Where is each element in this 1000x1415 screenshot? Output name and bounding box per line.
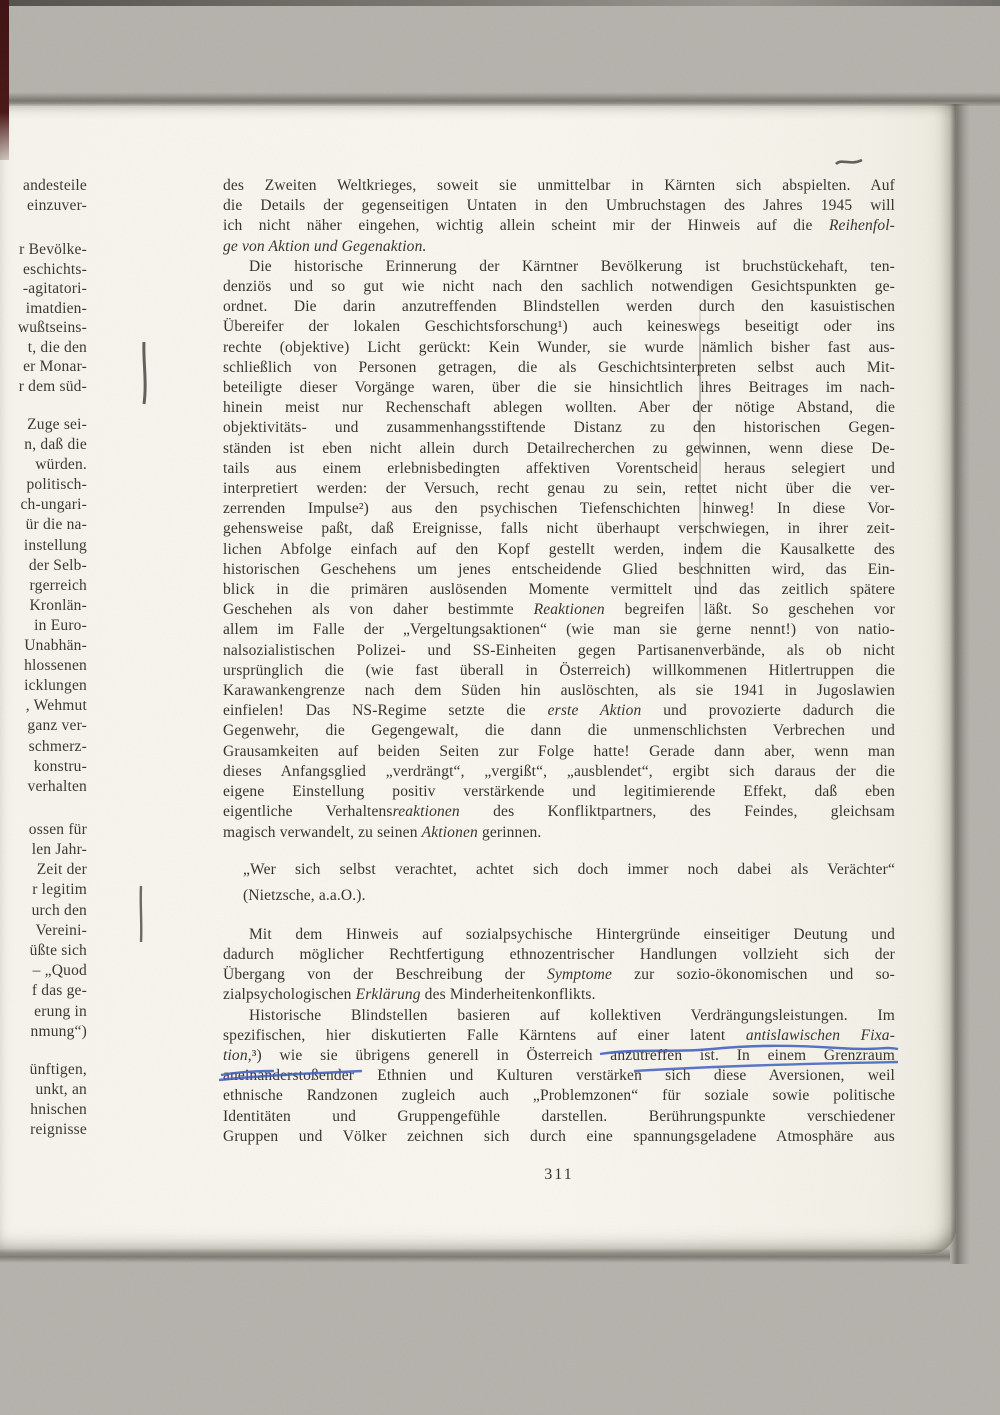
text-line: lichen Abfolge einfach auf den Kopf gest… — [223, 540, 895, 560]
text-line: zialpsychologischen Erklärung des Minder… — [223, 985, 895, 1005]
margin-text-line: erung in — [0, 1002, 87, 1022]
text-line: Geschehen als von daher bestimmte Reakti… — [223, 600, 895, 620]
paragraph: des Zweiten Weltkrieges, soweit sie unmi… — [223, 176, 895, 257]
page-top-edge-shadow — [0, 92, 1000, 106]
spine-red-strip — [0, 0, 9, 160]
margin-text-line: urch den — [0, 901, 87, 921]
text-line: dadurch möglicher Rechtfertigung ethnoze… — [223, 945, 895, 965]
text-line: einfielen! Das NS-Regime setzte die erst… — [223, 701, 895, 721]
text-line: Karawankengrenze nach dem Süden hin ausl… — [223, 681, 895, 701]
margin-text-line: in Euro- — [0, 616, 87, 636]
margin-text-line: r dem süd- — [0, 377, 87, 397]
text-line: tails aus einem erlebnisbedingten affekt… — [223, 459, 895, 479]
margin-text-line: , Wehmut — [0, 696, 87, 716]
margin-text-line: r Bevölke- — [0, 240, 87, 260]
margin-text-line: eschichts- — [0, 260, 87, 280]
text-line: historischen Geschehens um jenes entsche… — [223, 560, 895, 580]
margin-text-line: ch-ungari- — [0, 495, 87, 515]
margin-text-line: ossen für — [0, 820, 87, 840]
margin-text-line: wußtseins- — [0, 318, 87, 338]
margin-text-line: icklungen — [0, 676, 87, 696]
margin-text-group: andesteileeinzuver- — [0, 176, 87, 215]
paragraph: Die historische Erinnerung der Kärntner … — [223, 257, 895, 843]
paragraph: Mit dem Hinweis auf sozialpsychische Hin… — [223, 925, 895, 1006]
main-text-block: des Zweiten Weltkrieges, soweit sie unmi… — [223, 176, 895, 1147]
margin-text-line: schmerz- — [0, 737, 87, 757]
block-quote: „Wer sich selbst verachtet, achtet sich … — [223, 857, 895, 909]
margin-text-line: n, daß die — [0, 435, 87, 455]
text-line: tion,³) wie sie übrigens generell in Öst… — [223, 1046, 895, 1066]
text-line: schließlich von Personen getragen, die a… — [223, 358, 895, 378]
margin-text-line: konstru- — [0, 757, 87, 777]
margin-text-line: würden. — [0, 455, 87, 475]
text-line: ge von Aktion und Gegenaktion. — [223, 237, 895, 257]
margin-text-line: len Jahr- — [0, 840, 87, 860]
text-line: Mit dem Hinweis auf sozialpsychische Hin… — [223, 925, 895, 945]
margin-text-line: rgerreich — [0, 576, 87, 596]
margin-text-line: imatdien- — [0, 299, 87, 319]
margin-text-line: hnischen — [0, 1100, 87, 1120]
text-line: (Nietzsche, a.a.O.). — [243, 883, 895, 909]
margin-text-line: Kronlän- — [0, 596, 87, 616]
margin-text-line: ür die na- — [0, 515, 87, 535]
margin-text-line: hlossenen — [0, 656, 87, 676]
margin-column: andesteileeinzuver-r Bevölke-eschichts--… — [0, 176, 87, 1140]
text-line: ständen ist eben nicht allein durch Deta… — [223, 439, 895, 459]
text-line: gehensweise paßt, daß Ereignisse, falls … — [223, 519, 895, 539]
margin-text-line: üßte sich — [0, 941, 87, 961]
margin-text-line: reignisse — [0, 1120, 87, 1140]
paragraph: Historische Blindstellen basieren auf ko… — [223, 1006, 895, 1147]
text-line: Historische Blindstellen basieren auf ko… — [223, 1006, 895, 1026]
margin-text-line: – „Quod — [0, 961, 87, 981]
scan-top-edge — [0, 0, 1000, 6]
text-line: beteiligte dieser Vorgänge waren, über d… — [223, 378, 895, 398]
text-line: des Zweiten Weltkrieges, soweit sie unmi… — [223, 176, 895, 196]
margin-text-line: einzuver- — [0, 196, 87, 216]
text-line: hinein meist nur Rechenschaft ablegen wo… — [223, 398, 895, 418]
text-line: nalsozialistischen Polizei- und SS-Einhe… — [223, 641, 895, 661]
margin-text-line: ganz ver- — [0, 716, 87, 736]
text-line: aneinanderstoßender Ethnien und Kulturen… — [223, 1066, 895, 1086]
text-line: Gegenwehr, die Gegengewalt, die dann die… — [223, 721, 895, 741]
text-line: objektivitäts- und zusammenhangsstiftend… — [223, 418, 895, 438]
text-line: Grausamkeiten auf beiden Seiten zur Folg… — [223, 742, 895, 762]
text-line: eigene Einstellung positiv verstärkende … — [223, 782, 895, 802]
text-line: die Details der gegenseitigen Untaten in… — [223, 196, 895, 216]
margin-text-line: er Monar- — [0, 357, 87, 377]
margin-text-group: ünftigen,unkt, anhnischenreignisse — [0, 1060, 87, 1140]
margin-text-line: politisch- — [0, 475, 87, 495]
margin-text-line: f das ge- — [0, 981, 87, 1001]
text-line: Die historische Erinnerung der Kärntner … — [223, 257, 895, 277]
text-line: Übergang von der Beschreibung der Sympto… — [223, 965, 895, 985]
margin-text-line: unkt, an — [0, 1080, 87, 1100]
margin-text-line: -agitatori- — [0, 279, 87, 299]
margin-text-line: der Selb- — [0, 556, 87, 576]
margin-text-line: instellung — [0, 536, 87, 556]
text-line: interpretiert werden: der Versuch, recht… — [223, 479, 895, 499]
page-right-edge-shadow — [950, 104, 970, 1264]
text-line: ich nicht näher eingehen, wichtig allein… — [223, 216, 895, 236]
text-line: Übereifer der lokalen Geschichtsforschun… — [223, 317, 895, 337]
margin-text-group: Zuge sei-n, daß diewürden.politisch-ch-u… — [0, 415, 87, 797]
text-line: Identitäten und Gruppengefühle darstelle… — [223, 1107, 895, 1127]
text-line: ursprünglich die (wie fast überall in Ös… — [223, 661, 895, 681]
margin-text-line: andesteile — [0, 176, 87, 196]
text-line: Gruppen und Völker zeichnen sich durch e… — [223, 1127, 895, 1147]
scanned-book-page: { "page": { "number": "311", "paper_colo… — [0, 0, 1000, 1415]
text-line: eigentliche Verhaltensreaktionen des Kon… — [223, 802, 895, 822]
text-line: magisch verwandelt, zu seinen Aktionen g… — [223, 823, 895, 843]
margin-text-line: Zuge sei- — [0, 415, 87, 435]
margin-text-group: r Bevölke-eschichts--agitatori-imatdien-… — [0, 240, 87, 396]
margin-text-line: verhalten — [0, 777, 87, 797]
page-number: 311 — [223, 1166, 895, 1184]
text-line: blick in die primären auslösenden Moment… — [223, 580, 895, 600]
margin-text-line: ünftigen, — [0, 1060, 87, 1080]
text-line: dieses Anfangsglied „verdrängt“, „vergiß… — [223, 762, 895, 782]
page-bottom-edge-shadow — [0, 1249, 950, 1263]
margin-text-line: Unabhän- — [0, 636, 87, 656]
text-line: allem im Falle der „Vergeltungsaktionen“… — [223, 620, 895, 640]
text-line: „Wer sich selbst verachtet, achtet sich … — [243, 857, 895, 883]
margin-text-line: nmung“) — [0, 1022, 87, 1042]
margin-text-line: t, die den — [0, 338, 87, 358]
text-line: ethnische Randzonen zugleich auch „Probl… — [223, 1086, 895, 1106]
text-line: zerrenden Impulse²) aus den psychischen … — [223, 499, 895, 519]
text-line: spezifischen, hier diskutierten Falle Kä… — [223, 1026, 895, 1046]
text-line: denziös und so gut wie nicht nach den sa… — [223, 277, 895, 297]
margin-text-line: Vereini- — [0, 921, 87, 941]
text-line: ordnet. Die darin anzutreffenden Blindst… — [223, 297, 895, 317]
margin-text-line: r legitim — [0, 880, 87, 900]
margin-text-group: ossen fürlen Jahr-Zeit derr legitimurch … — [0, 820, 87, 1042]
text-line: rechte (objektive) Licht gerückt: Kein W… — [223, 338, 895, 358]
margin-text-line: Zeit der — [0, 860, 87, 880]
